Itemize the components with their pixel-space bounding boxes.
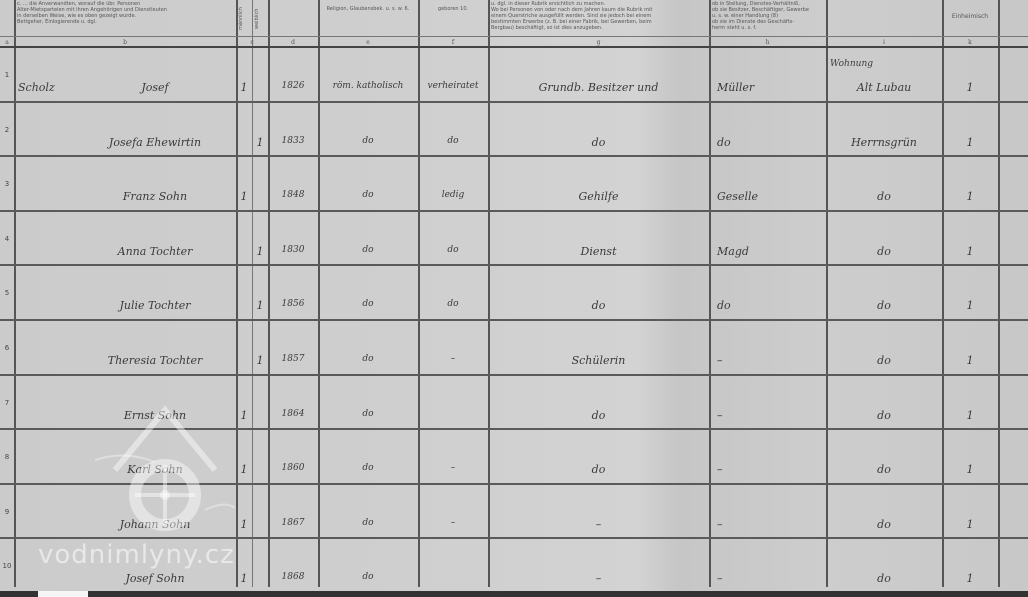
cell-native: 1 <box>942 81 998 94</box>
cell-occupation: – <box>488 572 709 585</box>
cell-religion: do <box>318 354 418 364</box>
cell-male: 1 <box>236 190 252 203</box>
cell-male: 1 <box>236 572 252 585</box>
cell-status: – <box>418 518 488 528</box>
cell-occupation: do <box>488 299 709 312</box>
watermill-wheel-icon <box>95 400 235 540</box>
cell-religion: röm. katholisch <box>318 81 418 91</box>
bottom-tab <box>38 591 88 597</box>
cell-position: – <box>717 354 834 367</box>
cell-year: 1857 <box>268 354 318 364</box>
cell-position: – <box>717 518 834 531</box>
cell-status: verheiratet <box>418 81 488 91</box>
cell-position: – <box>717 463 834 476</box>
cell-religion: do <box>318 518 418 528</box>
cell-position: – <box>717 572 834 585</box>
cell-position: do <box>717 136 834 149</box>
cell-year: 1867 <box>268 518 318 528</box>
cell-name: Anna Tochter <box>75 245 235 258</box>
census-page: c. ... die Anverwandten, worauf die übr.… <box>0 0 1028 597</box>
grid-line <box>0 374 1028 376</box>
cell-religion: do <box>318 245 418 255</box>
cell-status: do <box>418 299 488 309</box>
cell-year: 1826 <box>268 81 318 91</box>
cell-place: do <box>826 299 942 312</box>
cell-native: 1 <box>942 190 998 203</box>
cell-place: do <box>826 190 942 203</box>
cell-position: Geselle <box>717 190 834 203</box>
cell-name: Josefa Ehewirtin <box>75 136 235 149</box>
cell-native: 1 <box>942 518 998 531</box>
row-number: 6 <box>0 344 14 352</box>
row-number: 5 <box>0 289 14 297</box>
cell-occupation: Grundb. Besitzer und <box>488 81 709 94</box>
cell-religion: do <box>318 190 418 200</box>
cell-year: 1868 <box>268 572 318 582</box>
cell-occupation: Dienst <box>488 245 709 258</box>
cell-native: 1 <box>942 245 998 258</box>
cell-place: do <box>826 354 942 367</box>
cell-name: Josef <box>75 81 235 94</box>
col-letter: i <box>826 39 942 48</box>
cell-occupation: Schülerin <box>488 354 709 367</box>
cell-year: 1856 <box>268 299 318 309</box>
cell-native: 1 <box>942 463 998 476</box>
cell-status: do <box>418 136 488 146</box>
cell-place: Herrnsgrün <box>826 136 942 149</box>
grid-line <box>14 0 16 587</box>
row-number: 7 <box>0 399 14 407</box>
col-letter: c <box>236 39 268 48</box>
row-number: 8 <box>0 453 14 461</box>
cell-position: do <box>717 299 834 312</box>
cell-status: ledig <box>418 190 488 200</box>
cell-place-line1: Wohnung <box>830 59 873 69</box>
cell-position: Müller <box>717 81 834 94</box>
col-letter: a <box>0 39 14 48</box>
cell-native: 1 <box>942 354 998 367</box>
cell-status: do <box>418 245 488 255</box>
cell-status: – <box>418 463 488 473</box>
cell-male: 1 <box>236 518 252 531</box>
grid-line <box>0 155 1028 157</box>
header-col-g: u. dgl. in dieser Rubrik ersichtlich zu … <box>489 0 709 38</box>
cell-surname: Scholz <box>18 81 78 94</box>
header-text: herrn steht u. s. f. <box>712 25 824 31</box>
watermark-text: vodnimlyny.cz <box>38 540 235 570</box>
row-number: 4 <box>0 235 14 243</box>
header-col-h: ob in Stellung, Dienstes-Verhältniß, ob … <box>710 0 826 38</box>
cell-place: do <box>826 518 942 531</box>
cell-occupation: do <box>488 409 709 422</box>
col-letter: h <box>709 39 826 48</box>
grid-line <box>998 0 1000 587</box>
col-letter: e <box>318 39 418 48</box>
header-col-e: Religion, Glaubensbek. u. s. w. 6. <box>318 0 418 38</box>
cell-place: do <box>826 409 942 422</box>
cell-religion: do <box>318 299 418 309</box>
header-text: Bergbau) beschäftigt, so ist dies anzuge… <box>491 25 707 31</box>
cell-religion: do <box>318 572 418 582</box>
cell-female: 1 <box>252 299 268 312</box>
cell-place: do <box>826 572 942 585</box>
cell-name: Josef Sohn <box>75 572 235 585</box>
cell-religion: do <box>318 463 418 473</box>
header-col-b: c. ... die Anverwandten, worauf die übr.… <box>15 0 236 38</box>
cell-year: 1833 <box>268 136 318 146</box>
cell-religion: do <box>318 409 418 419</box>
cell-year: 1860 <box>268 463 318 473</box>
cell-native: 1 <box>942 409 998 422</box>
cell-name: Franz Sohn <box>75 190 235 203</box>
col-letter: k <box>942 39 998 48</box>
row-number: 9 <box>0 508 14 516</box>
bottom-border <box>0 591 1028 597</box>
cell-place: do <box>826 463 942 476</box>
header-col-k: Einheimisch <box>942 0 998 38</box>
cell-native: 1 <box>942 299 998 312</box>
cell-male: 1 <box>236 409 252 422</box>
cell-occupation: do <box>488 463 709 476</box>
cell-occupation: do <box>488 136 709 149</box>
col-letter: d <box>268 39 318 48</box>
col-letter: b <box>14 39 236 48</box>
cell-religion: do <box>318 136 418 146</box>
row-number: 1 <box>0 71 14 79</box>
row-number: 3 <box>0 180 14 188</box>
cell-native: 1 <box>942 572 998 585</box>
grid-line <box>709 0 711 587</box>
cell-year: 1830 <box>268 245 318 255</box>
header-text: Bettgeher, Einlogierende u. dgl. <box>17 19 234 25</box>
header-col-c-female: weiblich <box>252 4 268 34</box>
grid-line <box>0 319 1028 321</box>
grid-line <box>0 210 1028 212</box>
header-col-c-male: männlich <box>236 4 252 34</box>
cell-native: 1 <box>942 136 998 149</box>
cell-male: 1 <box>236 463 252 476</box>
cell-place: do <box>826 245 942 258</box>
cell-position: – <box>717 409 834 422</box>
cell-position: Magd <box>717 245 834 258</box>
cell-female: 1 <box>252 245 268 258</box>
row-number: 2 <box>0 126 14 134</box>
grid-line <box>0 101 1028 103</box>
row-number: 10 <box>0 562 14 570</box>
grid-line <box>0 264 1028 266</box>
col-letter: g <box>488 39 709 48</box>
cell-status: – <box>418 354 488 364</box>
cell-year: 1848 <box>268 190 318 200</box>
cell-female: 1 <box>252 136 268 149</box>
cell-occupation: – <box>488 518 709 531</box>
cell-name: Julie Tochter <box>75 299 235 312</box>
cell-occupation: Gehilfe <box>488 190 709 203</box>
grid-line <box>252 0 253 587</box>
cell-place: Alt Lubau <box>826 81 942 94</box>
cell-name: Theresia Tochter <box>75 354 235 367</box>
header-col-f: geboren 10. <box>418 0 488 38</box>
cell-year: 1864 <box>268 409 318 419</box>
cell-female: 1 <box>252 354 268 367</box>
cell-male: 1 <box>236 81 252 94</box>
col-letter: f <box>418 39 488 48</box>
